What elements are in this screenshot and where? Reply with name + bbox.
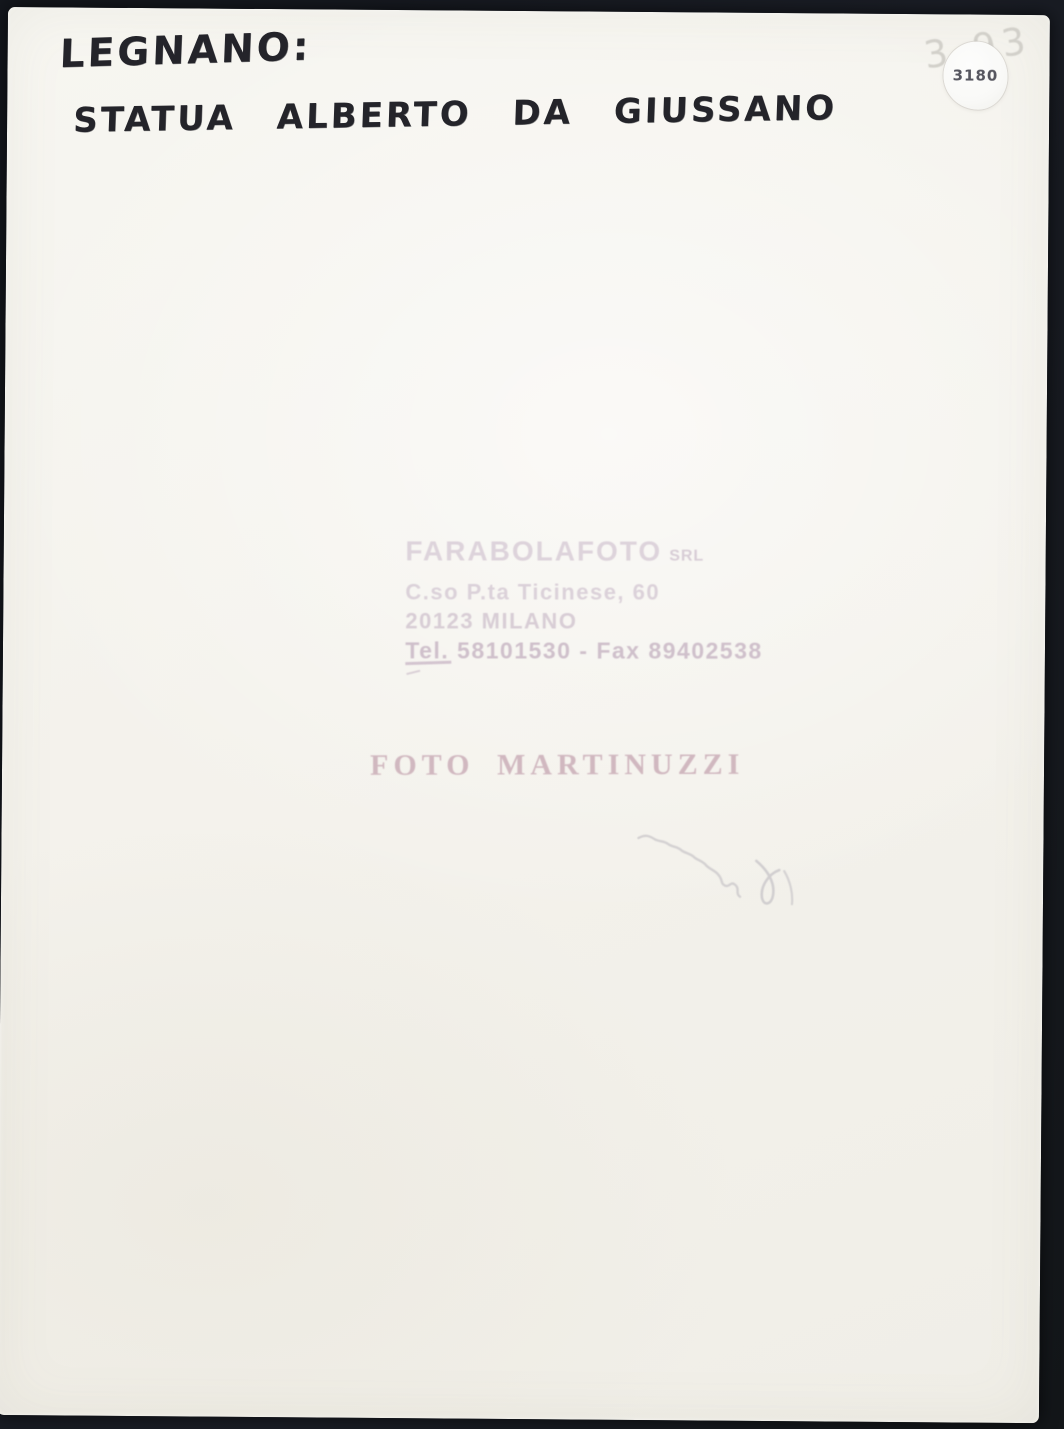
handwritten-caption-line1: LEGNANO:	[59, 25, 312, 78]
archive-sticker: 3180	[943, 41, 1008, 110]
agency-stamp-name: FARABOLAFOTO	[405, 535, 662, 566]
agency-stamp-suffix: srl	[669, 548, 704, 565]
photo-paper: LEGNANO: STATUA ALBERTO DA GIUSSANO 3-93…	[0, 7, 1050, 1423]
agency-stamp-phone-line: Tel. 58101530 - Fax 89402538	[405, 637, 762, 664]
agency-stamp: FARABOLAFOTOsrl C.so P.ta Ticinese, 60 2…	[405, 535, 763, 664]
handwritten-caption-line2: STATUA ALBERTO DA GIUSSANO	[73, 88, 838, 141]
faint-pencil-scrawl	[616, 812, 832, 919]
sticker-number: 3180	[953, 66, 999, 84]
agency-stamp-name-row: FARABOLAFOTOsrl	[405, 535, 762, 567]
photographer-stamp: FOTO MARTINUZZI	[370, 748, 744, 783]
agency-stamp-stray-tick	[406, 670, 420, 675]
photo-back-scan: LEGNANO: STATUA ALBERTO DA GIUSSANO 3-93…	[0, 0, 1064, 1429]
agency-stamp-address-line1: C.so P.ta Ticinese, 60	[405, 579, 762, 605]
agency-stamp-underline-mark	[405, 661, 451, 666]
agency-stamp-address-line2: 20123 MILANO	[405, 608, 762, 634]
